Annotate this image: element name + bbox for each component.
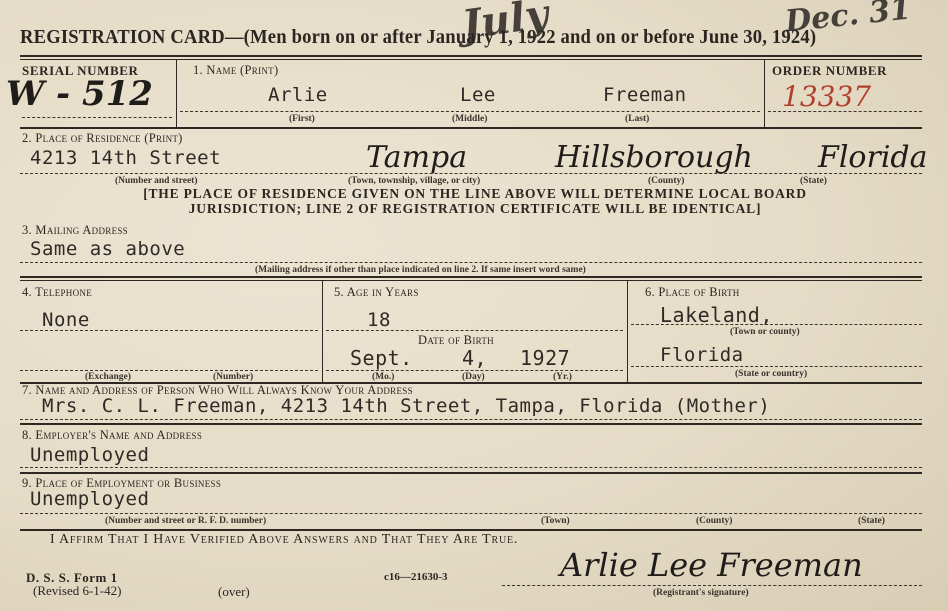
employment-underline <box>20 513 922 514</box>
emp-town-caption: (Town) <box>541 516 570 526</box>
middle-name-value: Lee <box>460 84 496 106</box>
jurisdiction-notice-line1: [THE PLACE OF RESIDENCE GIVEN ON THE LIN… <box>70 186 880 201</box>
section-rule <box>20 127 922 129</box>
age-value: 18 <box>367 309 391 331</box>
registrant-signature: Arlie Lee Freeman <box>560 546 863 584</box>
contact-underline <box>20 419 922 420</box>
serial-number-value: W - 512 <box>6 74 153 114</box>
residence-label: 2. Place of Residence (Print) <box>22 131 183 146</box>
handwritten-overwrite-date: Dec. 31 <box>784 0 913 39</box>
emp-street-caption: (Number and street or R. F. D. number) <box>105 516 266 526</box>
county-caption: (County) <box>648 176 684 186</box>
dob-underline <box>326 370 623 371</box>
over-note: (over) <box>218 584 250 600</box>
employer-value: Unemployed <box>30 444 149 466</box>
mailing-underline <box>20 262 922 263</box>
residence-town-value: Tampa <box>366 140 467 175</box>
title-rule-top <box>20 55 922 57</box>
employment-place-value: Unemployed <box>30 488 149 510</box>
serial-underline <box>22 117 172 118</box>
month-caption: (Mo.) <box>372 372 394 382</box>
residence-street-value: 4213 14th Street <box>30 147 221 169</box>
first-caption: (First) <box>289 114 315 124</box>
signature-caption: (Registrant's signature) <box>653 588 749 598</box>
order-underline <box>768 111 922 112</box>
jurisdiction-notice-line2: JURISDICTION; LINE 2 OF REGISTRATION CER… <box>70 201 880 216</box>
last-caption: (Last) <box>625 114 649 124</box>
section-rule <box>20 280 922 281</box>
mailing-address-value: Same as above <box>30 238 185 260</box>
divider <box>322 281 323 382</box>
section-rule <box>20 472 922 474</box>
birth-place-label: 6. Place of Birth <box>645 285 740 300</box>
contact-person-value: Mrs. C. L. Freeman, 4213 14th Street, Ta… <box>42 395 770 417</box>
age-underline <box>326 330 623 331</box>
number-caption: (Number) <box>213 372 253 382</box>
middle-caption: (Middle) <box>452 114 487 124</box>
first-name-value: Arlie <box>268 84 328 106</box>
telephone-label: 4. Telephone <box>22 285 92 300</box>
affirmation-text: I Affirm That I Have Verified Above Answ… <box>50 532 518 548</box>
emp-state-caption: (State) <box>858 516 885 526</box>
state-caption: (State) <box>800 176 827 186</box>
employer-underline <box>20 467 922 468</box>
form-revised-date: (Revised 6-1-42) <box>33 583 121 599</box>
section-rule <box>20 423 922 425</box>
mailing-address-label: 3. Mailing Address <box>22 223 128 238</box>
day-caption: (Day) <box>462 372 485 382</box>
order-number-value: 13337 <box>782 80 871 113</box>
street-caption: (Number and street) <box>115 176 198 186</box>
name-underline <box>180 111 760 112</box>
birth-town-caption: (Town or county) <box>730 327 800 337</box>
emp-county-caption: (County) <box>696 516 732 526</box>
residence-county-value: Hillsborough <box>555 140 753 175</box>
divider <box>627 281 628 382</box>
employer-label: 8. Employer's Name and Address <box>22 428 202 443</box>
dob-day-value: 4, <box>462 346 487 370</box>
divider <box>764 59 765 127</box>
order-number-label: ORDER NUMBER <box>772 63 887 79</box>
name-label: 1. Name (Print) <box>193 63 278 78</box>
section-rule <box>20 276 922 278</box>
dob-month-value: Sept. <box>350 346 413 370</box>
birth-state-underline <box>631 366 922 367</box>
last-name-value: Freeman <box>603 84 687 106</box>
card-title: REGISTRATION CARD—(Men born on or after … <box>20 26 816 49</box>
registration-card: REGISTRATION CARD—(Men born on or after … <box>0 0 948 611</box>
residence-state-value: Florida <box>818 140 928 175</box>
print-code: c16—21630-3 <box>384 571 448 583</box>
birth-state-value: Florida <box>660 344 744 366</box>
title-rule-bottom <box>20 59 922 60</box>
dob-year-value: 1927 <box>520 346 570 370</box>
year-caption: (Yr.) <box>553 372 572 382</box>
age-label: 5. Age in Years <box>334 285 419 300</box>
mailing-caption: (Mailing address if other than place ind… <box>255 265 586 275</box>
birth-town-underline <box>631 324 922 325</box>
town-caption: (Town, township, village, or city) <box>348 176 480 186</box>
divider <box>176 59 177 127</box>
telephone-underline-2 <box>20 370 318 371</box>
birth-state-caption: (State or country) <box>735 369 807 379</box>
signature-underline <box>502 585 922 586</box>
exchange-caption: (Exchange) <box>85 372 131 382</box>
telephone-value: None <box>42 309 90 331</box>
residence-underline <box>20 173 922 174</box>
telephone-underline <box>20 330 318 331</box>
section-rule <box>20 529 922 531</box>
